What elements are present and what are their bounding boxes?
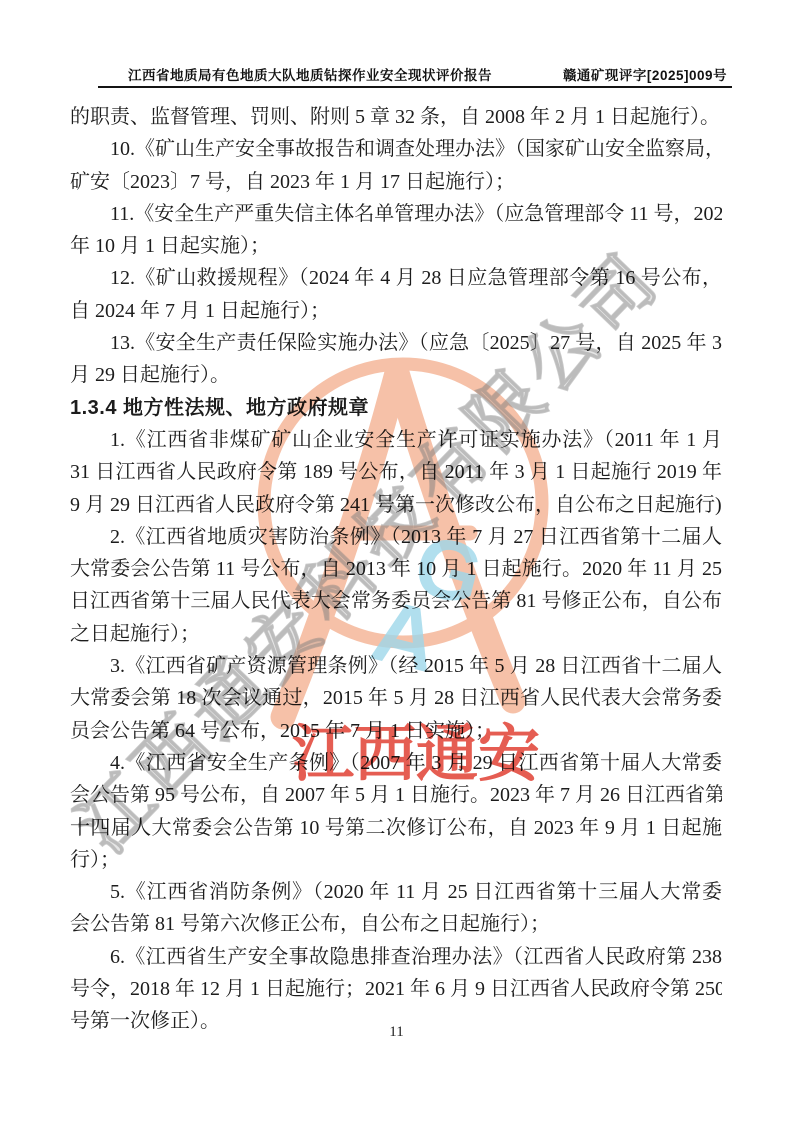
body-text-line: 5.《江西省消防条例》（2020 年 11 月 25 日江西省第十三届人大常委 xyxy=(70,876,722,908)
body-text-line: 1.《江西省非煤矿矿山企业安全生产许可证实施办法》（2011 年 1 月 xyxy=(70,424,722,456)
body-text-line: 之日起施行）； xyxy=(70,618,722,650)
body-text-line: 矿安〔2023〕7 号，自 2023 年 1 月 17 日起施行）； xyxy=(70,166,722,198)
body-text-line: 月 29 日起施行）。 xyxy=(70,359,722,391)
body-text-line: 的职责、监督管理、罚则、附则 5 章 32 条，自 2008 年 2 月 1 日… xyxy=(70,101,722,133)
body-text-line: 日江西省第十三届人民代表大会常务委员会公告第 81 号修正公布，自公布 xyxy=(70,585,722,617)
header-rule xyxy=(98,86,732,88)
body-text-line: 3.《江西省矿产资源管理条例》（经 2015 年 5 月 28 日江西省十二届人 xyxy=(70,650,722,682)
body-text-line: 11.《安全生产严重失信主体名单管理办法》（应急管理部令 11 号，2023 xyxy=(70,198,722,230)
body-text-line: 2.《江西省地质灾害防治条例》（2013 年 7 月 27 日江西省第十二届人 xyxy=(70,521,722,553)
header-report-title: 江西省地质局有色地质大队地质钻探作业安全现状评价报告 xyxy=(128,64,492,84)
body-text-line: 大常委会公告第 11 号公布，自 2013 年 10 月 1 日起施行。2020… xyxy=(70,553,722,585)
body-text-line: 年 10 月 1 日起实施）； xyxy=(70,230,722,262)
body-text-line: 会公告第 95 号公布，自 2007 年 5 月 1 日施行。2023 年 7 … xyxy=(70,779,722,811)
body-text-line: 行）； xyxy=(70,844,722,876)
body-text-line: 自 2024 年 7 月 1 日起施行）； xyxy=(70,295,722,327)
section-heading: 1.3.4 地方性法规、地方政府规章 xyxy=(70,392,722,424)
document-page: 江西省地质局有色地质大队地质钻探作业安全现状评价报告 赣通矿现评字[2025]0… xyxy=(0,0,793,1122)
body-text-line: 13.《安全生产责任保险实施办法》（应急〔2025〕27 号，自 2025 年 … xyxy=(70,327,722,359)
body-text-line: 号令，2018 年 12 月 1 日起施行；2021 年 6 月 9 日江西省人… xyxy=(70,973,722,1005)
page-number: 11 xyxy=(0,1024,793,1041)
body-text-line: 12.《矿山救援规程》（2024 年 4 月 28 日应急管理部令第 16 号公… xyxy=(70,262,722,294)
body-text-line: 9 月 29 日江西省人民政府令第 241 号第一次修改公布，自公布之日起施行)… xyxy=(70,489,722,521)
body-text-line: 会公告第 81 号第六次修正公布，自公布之日起施行）； xyxy=(70,908,722,940)
body-text-line: 6.《江西省生产安全事故隐患排查治理办法》（江西省人民政府第 238 xyxy=(70,941,722,973)
document-body: 的职责、监督管理、罚则、附则 5 章 32 条，自 2008 年 2 月 1 日… xyxy=(70,101,722,1038)
header-doc-number: 赣通矿现评字[2025]009号 xyxy=(563,64,727,84)
body-text-line: 员会公告第 64 号公布，2015 年 7 月 1 日实施）； xyxy=(70,715,722,747)
body-text-line: 大常委会第 18 次会议通过，2015 年 5 月 28 日江西省人民代表大会常… xyxy=(70,682,722,714)
body-text-line: 10.《矿山生产安全事故报告和调查处理办法》（国家矿山安全监察局， xyxy=(70,133,722,165)
body-text-line: 31 日江西省人民政府令第 189 号公布，自 2011 年 3 月 1 日起施… xyxy=(70,456,722,488)
body-text-line: 4.《江西省安全生产条例》（2007 年 3 月 29 日江西省第十届人大常委 xyxy=(70,747,722,779)
body-text-line: 十四届人大常委会公告第 10 号第二次修订公布，自 2023 年 9 月 1 日… xyxy=(70,812,722,844)
